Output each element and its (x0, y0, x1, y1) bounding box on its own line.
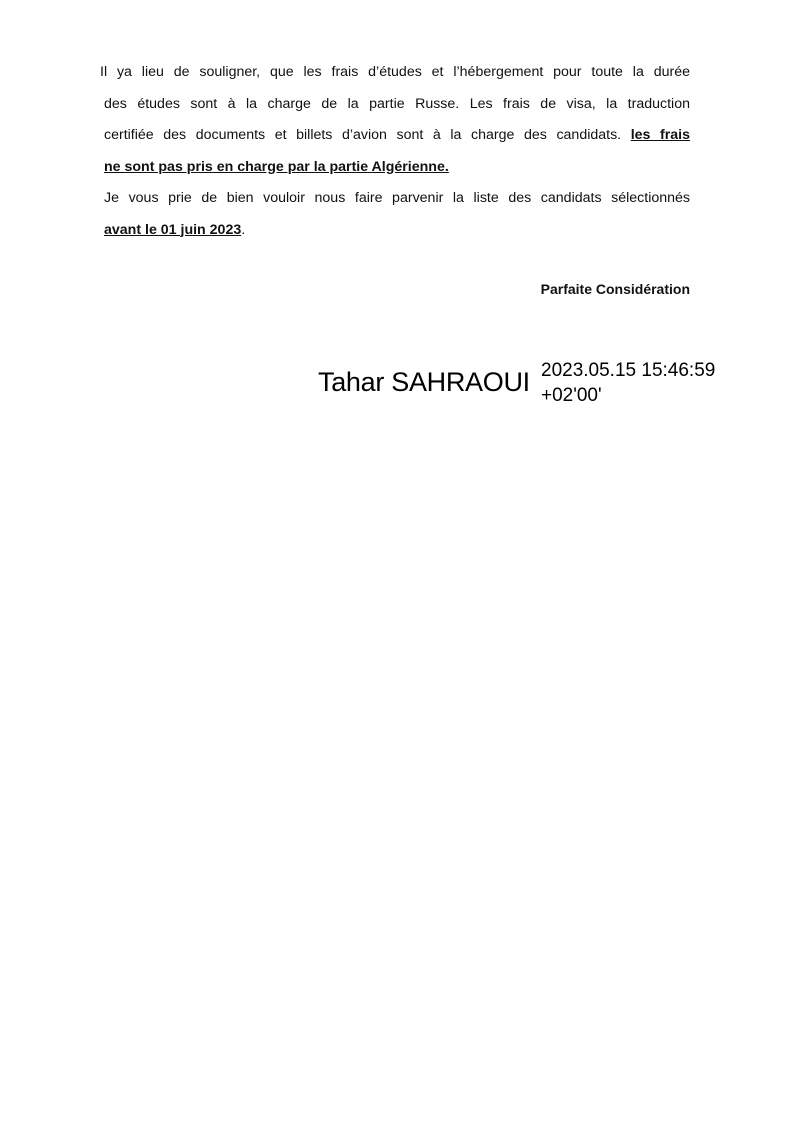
paragraph-line: certifiée des documents et billets d’avi… (104, 120, 690, 152)
signature-name: Tahar SAHRAOUI (318, 367, 530, 398)
signature-timestamp: 2023.05.15 15:46:59 +02'00' (541, 358, 715, 408)
emphasis-text: ne sont pas pris en charge par la partie… (104, 159, 449, 175)
paragraph-text: . (241, 222, 245, 238)
paragraph-request: Je vous prie de bien vouloir nous faire … (104, 183, 690, 246)
deadline-text: avant le 01 juin 2023 (104, 222, 241, 238)
signature-timezone: +02'00' (541, 383, 715, 408)
paragraph-line: avant le 01 juin 2023. (104, 215, 690, 247)
paragraph-costs: Il ya lieu de souligner, que les frais d… (104, 57, 690, 183)
emphasis-text: les frais (631, 127, 690, 143)
paragraph-text: certifiée des documents et billets d’avi… (104, 127, 631, 143)
signature-datetime: 2023.05.15 15:46:59 (541, 358, 715, 383)
paragraph-line: Il ya lieu de souligner, que les frais d… (100, 57, 690, 89)
paragraph-line: Je vous prie de bien vouloir nous faire … (104, 183, 690, 215)
paragraph-line: des études sont à la charge de la partie… (104, 89, 690, 121)
closing-salutation: Parfaite Considération (541, 281, 690, 297)
paragraph-line: ne sont pas pris en charge par la partie… (104, 152, 690, 184)
